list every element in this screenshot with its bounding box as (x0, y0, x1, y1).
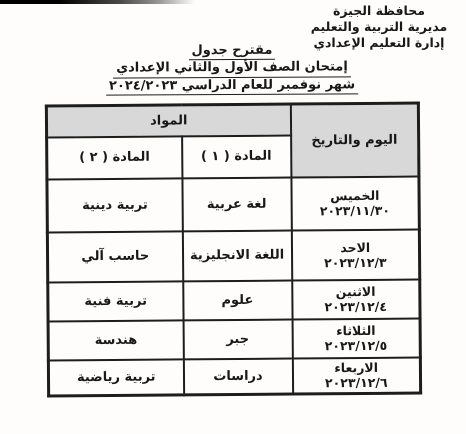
day-date-cell: الثلاثاء ٢٠٢٣/١٢/٥ (292, 318, 420, 358)
title-block: مقترح جدول إمتحان الصف الأول والثاني الإ… (96, 42, 368, 95)
day-name: الثلاثاء (293, 323, 419, 339)
date-value: ٢٠٢٣/١٢/٥ (293, 338, 419, 354)
subject2-cell: حاسب آلي (47, 231, 182, 282)
date-value: ٢٠٢٣/١٢/٤ (293, 299, 419, 315)
subject1-cell: لغة عربية (182, 177, 291, 231)
subject1-cell: دراسات (183, 358, 292, 395)
header-subject1-cell: المادة ( ١ ) (182, 135, 291, 178)
title-month-text: شهر نوفمبر للعام الدراسي (182, 77, 355, 93)
title-academic-year: ٢٠٢٤/٢٠٢٣ (109, 78, 177, 93)
table-row-tuesday: الثلاثاء ٢٠٢٣/١٢/٥ جبر هندسة (48, 318, 420, 360)
date-value: ٢٠٢٣/١٢/٣ (293, 254, 419, 270)
day-date-cell: الاربعاء ٢٠٢٣/١٢/٦ (292, 357, 420, 394)
day-name: الاحد (292, 239, 418, 255)
scan-artifact-strip (0, 0, 195, 4)
day-date-cell: الخميس ٢٠٢٣/١١/٣٠ (291, 176, 419, 230)
title-line-exam-grades: إمتحان الصف الأول والثاني الإعدادي (96, 60, 368, 79)
exam-schedule-table: اليوم والتاريخ المواد المادة ( ١ ) الماد… (45, 102, 422, 398)
header-subjects-group-cell: المواد (46, 104, 290, 137)
table-row-monday: الاثنين ٢٠٢٣/١٢/٤ علوم تربية فنية (48, 279, 420, 321)
table-row-thursday: الخميس ٢٠٢٣/١١/٣٠ لغة عربية تربية دينية (47, 176, 419, 232)
header-row-top: اليوم والتاريخ المواد (46, 103, 418, 137)
scanned-exam-schedule-document: محافظة الجيزة مديرية التربية والتعليم إد… (0, 0, 466, 434)
subject1-cell: جبر (183, 319, 292, 359)
table-row-sunday: الاحد ٢٠٢٣/١٢/٣ اللغة الانجليزية حاسب آل… (47, 229, 419, 282)
title-line-month-academic-year: شهر نوفمبر للعام الدراسي ٢٠٢٤/٢٠٢٣ (96, 77, 368, 96)
subject2-cell: تربية فنية (48, 281, 183, 321)
day-name: الخميس (292, 188, 418, 204)
date-value: ٢٠٢٣/١٢/٦ (293, 375, 419, 391)
subject2-cell: هندسة (48, 320, 183, 360)
day-name: الاربعاء (293, 360, 419, 376)
subject2-cell: تربية رياضية (48, 359, 183, 396)
table-row-wednesday: الاربعاء ٢٠٢٣/١٢/٦ دراسات تربية رياضية (48, 357, 420, 396)
header-subject2-cell: المادة ( ٢ ) (47, 136, 182, 179)
day-name: الاثنين (293, 284, 419, 300)
title-line-proposed-schedule: مقترح جدول (96, 42, 368, 61)
subject2-cell: تربية دينية (47, 178, 182, 232)
org-line-governorate: محافظة الجيزة (298, 3, 460, 19)
subject1-cell: اللغة الانجليزية (182, 230, 291, 281)
header-day-date-cell: اليوم والتاريخ (290, 103, 419, 177)
day-date-cell: الاحد ٢٠٢٣/١٢/٣ (291, 229, 419, 280)
date-value: ٢٠٢٣/١١/٣٠ (292, 203, 418, 219)
subject1-cell: علوم (183, 280, 292, 320)
org-line-directorate: مديرية التربية والتعليم (298, 19, 460, 35)
day-date-cell: الاثنين ٢٠٢٣/١٢/٤ (292, 279, 420, 319)
